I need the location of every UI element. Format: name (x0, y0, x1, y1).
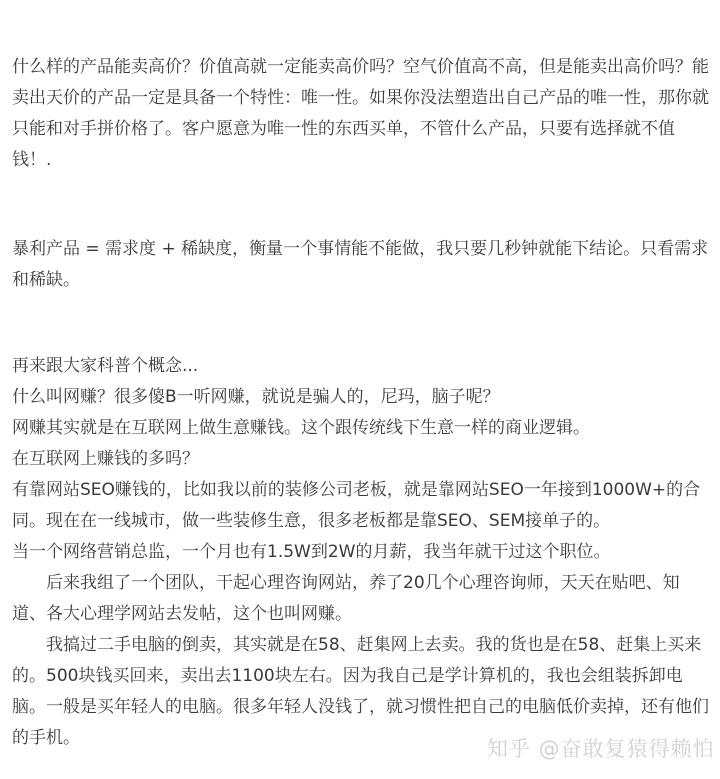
paragraph-profit-formula: 暴利产品 = 需求度 + 稀缺度，衡量一个事情能不能做，我只要几秒钟就能下结论。… (12, 234, 712, 296)
paragraph-definition: 网赚其实就是在互联网上做生意赚钱。这个跟传统线下生意一样的商业逻辑。 (12, 413, 712, 444)
paragraph-marketing-director: 当一个网络营销总监，一个月也有1.5W到2W的月薪，我当年就干过这个职位。 (12, 537, 712, 568)
article-body: 什么样的产品能卖高价？价值高就一定能卖高价吗？空气价值高不高，但是能卖出高价吗？… (12, 52, 712, 754)
paragraph-concept-intro: 再来跟大家科普个概念... (12, 351, 712, 382)
paragraph-used-computers: 我搞过二手电脑的倒卖，其实就是在58、赶集网上去卖。我的货也是在58、赶集上买来… (12, 630, 712, 754)
paragraph-what-is-wangzhuan: 什么叫网赚？很多傻B一听网赚，就说是骗人的，尼玛，脑子呢？ (12, 382, 712, 413)
paragraph-unique-value: 什么样的产品能卖高价？价值高就一定能卖高价吗？空气价值高不高，但是能卖出高价吗？… (12, 52, 712, 176)
paragraph-seo-example: 有靠网站SEO赚钱的，比如我以前的装修公司老板，就是靠网站SEO一年接到1000… (12, 475, 712, 537)
paragraph-question: 在互联网上赚钱的多吗？ (12, 444, 712, 475)
spacer (12, 296, 712, 351)
paragraph-counseling-team: 后来我组了一个团队，干起心理咨询网站，养了20几个心理咨询师，天天在贴吧、知道、… (12, 568, 712, 630)
spacer (12, 176, 712, 234)
